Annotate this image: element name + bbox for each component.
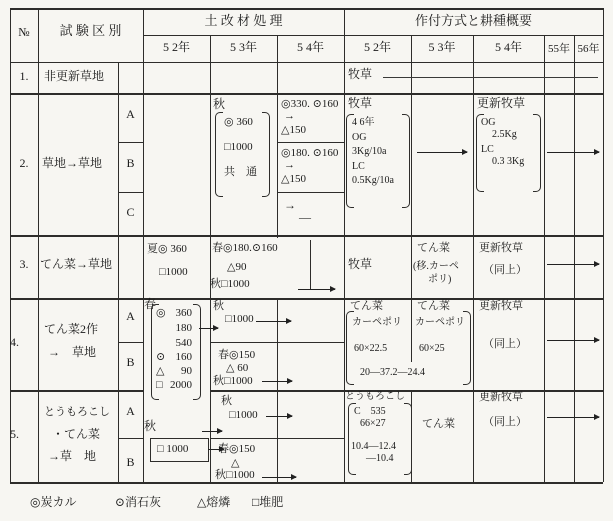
row2-soil53-item: ◎ 360 [224, 116, 253, 129]
row5-crop52-item: 66×27 [360, 418, 386, 430]
row2-crop52-item: 0.5Kg/10a [352, 175, 394, 187]
header-crop-year: 5 4年 [473, 41, 544, 55]
row5-soil53-b: 秋□1000 [215, 469, 255, 482]
row5-soil52-season: 秋 [144, 420, 156, 434]
row5-soil53-a: □1000 [229, 409, 258, 422]
legend-shosekkai: ⊙消石灰 [115, 496, 161, 510]
row5-crop52-item: —10.4 [366, 453, 394, 465]
row2-soil54-b: ◎180. ⊙160 [281, 147, 338, 160]
grid-line-v [544, 35, 545, 482]
row3-soil53: 秋□1000 [210, 278, 250, 291]
row4-soil52-item: ◎360 [156, 307, 192, 320]
row4-soil53-a: □1000 [225, 313, 254, 326]
flow-arrow [256, 321, 291, 322]
header-category: 試 験 区 別 [38, 24, 143, 39]
row2-soil53-item: □1000 [224, 141, 253, 154]
row1-crop52: 牧草 [348, 68, 372, 82]
header-soil-year: 5 2年 [143, 41, 210, 55]
row4-soil52-item: 540 [156, 337, 192, 350]
item-symbol: ◎ [156, 307, 166, 320]
grid-line-v [118, 62, 119, 482]
grid-line-h [277, 192, 344, 193]
row3-crop53: ポリ) [428, 274, 451, 286]
row3-name: てん菜→草地 [40, 258, 112, 272]
row5-crop54: （同上） [483, 416, 527, 429]
bracket-right [404, 403, 412, 475]
item-symbol: △ [156, 365, 164, 378]
header-soil-section: 土 改 材 処 理 [143, 14, 344, 29]
row1-name: 非更新草地 [44, 70, 104, 84]
row5-soil53-b: △ [231, 457, 239, 470]
item-value: 540 [176, 337, 193, 350]
row2-soil54-b: △150 [281, 173, 306, 186]
bracket-right [402, 114, 410, 208]
row4-crop54: 更新牧草 [479, 300, 523, 313]
header-crop-year: 55年 [544, 43, 574, 56]
grid-line-h [10, 390, 143, 392]
row5-no: 5. [10, 428, 19, 442]
item-value: 90 [181, 365, 192, 378]
legend-yorin: △熔燐 [197, 496, 230, 510]
row5-soil52-boxed: □ 1000 [157, 443, 188, 456]
grid-line-h [118, 192, 143, 193]
row2-sub-b: B [118, 157, 143, 171]
row5-crop52-item: C 535 [354, 406, 386, 418]
row4-soil53-a: 秋 [213, 300, 224, 313]
grid-line-v [210, 35, 211, 482]
row4-sub-b: B [118, 356, 143, 370]
grid-line-h [10, 62, 603, 63]
row3-crop54: （同上） [483, 264, 527, 277]
row5-crop52-item: 10.4—12.4 [351, 441, 396, 453]
continuation-line [383, 77, 598, 78]
bracket-left [215, 112, 223, 197]
row2-soil54-c: → [284, 199, 296, 213]
grid-line-v [143, 8, 144, 482]
header-crop-year: 56年 [574, 43, 603, 56]
row2-crop54-title: 更新牧草 [477, 97, 525, 111]
row2-soil53-item: 共 通 [224, 166, 257, 179]
row4-name: → 草地 [48, 346, 96, 360]
row2-soil53-season: 秋 [213, 98, 225, 112]
item-value: 2000 [170, 379, 192, 392]
legend-taihi: □堆肥 [252, 496, 283, 510]
row2-soil54-a: ◎330. ⊙160 [281, 98, 338, 111]
row3-soil53: 春◎180.⊙160 [212, 242, 278, 255]
bracket-right [262, 112, 270, 197]
flow-arrow [547, 152, 599, 153]
row4-soil52-item: ⊙160 [156, 351, 192, 364]
row4-crop53-item: 60×25 [419, 343, 445, 355]
header-crop-section: 作付方式と耕種概要 [344, 14, 603, 29]
header-crop-year: 5 2年 [344, 41, 411, 55]
flow-arrow [547, 417, 599, 418]
row4-crop54: （同上） [483, 338, 527, 351]
header-no: № [10, 26, 38, 40]
legend-tanka: ◎炭カル [30, 496, 76, 510]
flow-arrow [417, 152, 467, 153]
row5-crop54: 更新牧草 [479, 391, 523, 404]
row2-crop54-item: OG [481, 117, 495, 129]
row4-soil53-b: 春◎150 [218, 349, 255, 362]
grid-line-h [210, 438, 344, 439]
row4-crop52-title: てん菜 [350, 300, 383, 313]
flow-arrow [199, 328, 218, 329]
row4-crop52-item: カーペポリ [352, 317, 402, 329]
row3-soil53: △90 [227, 261, 246, 274]
row4-crop52-item: 60×22.5 [354, 343, 387, 355]
row2-crop52-item: LC [352, 161, 365, 173]
row1-no: 1. [10, 70, 38, 84]
grid-line-v [603, 8, 604, 482]
item-value: 360 [176, 307, 193, 320]
grid-line-h [10, 8, 603, 10]
flow-arrow [266, 416, 292, 417]
row2-crop52-item: OG [352, 132, 366, 144]
row3-soil52: 夏◎ 360 [147, 243, 187, 256]
row2-crop52-item: 4 6年 [352, 117, 375, 129]
row4-soil53-b: △ 60 [226, 362, 248, 375]
flow-arrow [298, 289, 335, 290]
grid-line-v [344, 8, 345, 482]
row2-crop52-item: 3Kg/10a [352, 146, 386, 158]
row2-crop54-item: LC [481, 144, 494, 156]
row4-soil53-b: 秋□1000 [213, 375, 253, 388]
row4-crop53-item: カーペポリ [415, 317, 465, 329]
row3-no: 3. [10, 258, 38, 272]
flow-arrow [262, 477, 296, 478]
grid-line-h [210, 342, 344, 343]
grid-line-h [10, 93, 603, 95]
row4-sub-a: A [118, 310, 143, 324]
row4-crop-shared: 20—37.2—24.4 [360, 367, 425, 379]
row4-soil52-item: △90 [156, 365, 192, 378]
grid-line-h [10, 235, 603, 237]
flow-arrow [202, 431, 222, 432]
row3-soil52: □1000 [159, 266, 188, 279]
row3-crop53: (移.カーペ [413, 261, 459, 273]
header-crop-year: 5 3年 [411, 41, 473, 55]
row2-soil54-a: → [284, 110, 295, 123]
row5-crop52-title: とうもろこし [345, 391, 405, 403]
header-soil-year: 5 3年 [210, 41, 277, 55]
row2-name: 草地→草地 [42, 157, 102, 171]
grid-line-h [143, 35, 603, 36]
item-symbol: □ [156, 379, 163, 392]
flow-connector-line [310, 240, 311, 289]
flow-arrow [262, 381, 292, 382]
flow-arrow [547, 340, 599, 341]
grid-line-h [118, 142, 143, 143]
row5-soil53-b: 春◎150 [218, 443, 255, 456]
row5-crop53: てん菜 [422, 418, 455, 431]
grid-line-h [118, 438, 143, 439]
row3-crop53: てん菜 [417, 242, 450, 255]
grid-line-h [277, 142, 344, 143]
row5-name: ・てん菜 [52, 428, 100, 442]
row2-crop54-item: 0.3 3Kg [492, 156, 524, 168]
grid-line-v [574, 35, 575, 482]
grid-line-h [210, 390, 603, 392]
row4-crop53-title: てん菜 [417, 300, 450, 313]
row2-crop54-item: 2.5Kg [492, 129, 517, 141]
grid-line-v [38, 8, 39, 482]
scanned-experiment-table-page: № 試 験 区 別 土 改 材 処 理 作付方式と耕種概要 5 2年 5 3年 … [0, 0, 613, 521]
row2-soil54-b: → [284, 159, 295, 172]
row2-sub-a: A [118, 108, 143, 122]
row5-sub-b: B [118, 456, 143, 470]
row3-crop54: 更新牧草 [479, 242, 523, 255]
grid-line-v [411, 35, 412, 362]
row4-no: 4. [10, 336, 19, 350]
row2-soil54-c: — [299, 211, 311, 225]
row2-soil54-a: △150 [281, 124, 306, 137]
item-value: 160 [176, 351, 193, 364]
grid-line-v [277, 35, 278, 238]
header-soil-year: 5 4年 [277, 41, 344, 55]
row2-crop52-title: 牧草 [348, 97, 372, 111]
row5-name: とうもろこし [44, 406, 110, 419]
row4-name: てん菜2作 [44, 323, 98, 337]
bracket-right [193, 304, 201, 400]
flow-arrow [547, 264, 599, 265]
row2-no: 2. [10, 157, 38, 171]
row4-soil52-item: □2000 [156, 379, 192, 392]
row5-name: →草 地 [48, 450, 96, 464]
bracket-right [533, 114, 541, 192]
grid-line-v [473, 35, 474, 482]
row3-crop52: 牧草 [348, 258, 372, 272]
row5-sub-a: A [118, 405, 143, 419]
grid-line-h [10, 482, 603, 484]
item-symbol: ⊙ [156, 351, 165, 364]
row4-soil52-item: 180 [156, 322, 192, 335]
item-value: 180 [176, 322, 193, 335]
row2-sub-c: C [118, 206, 143, 220]
grid-line-h [118, 342, 143, 343]
row5-soil53-a: 秋 [221, 395, 232, 408]
